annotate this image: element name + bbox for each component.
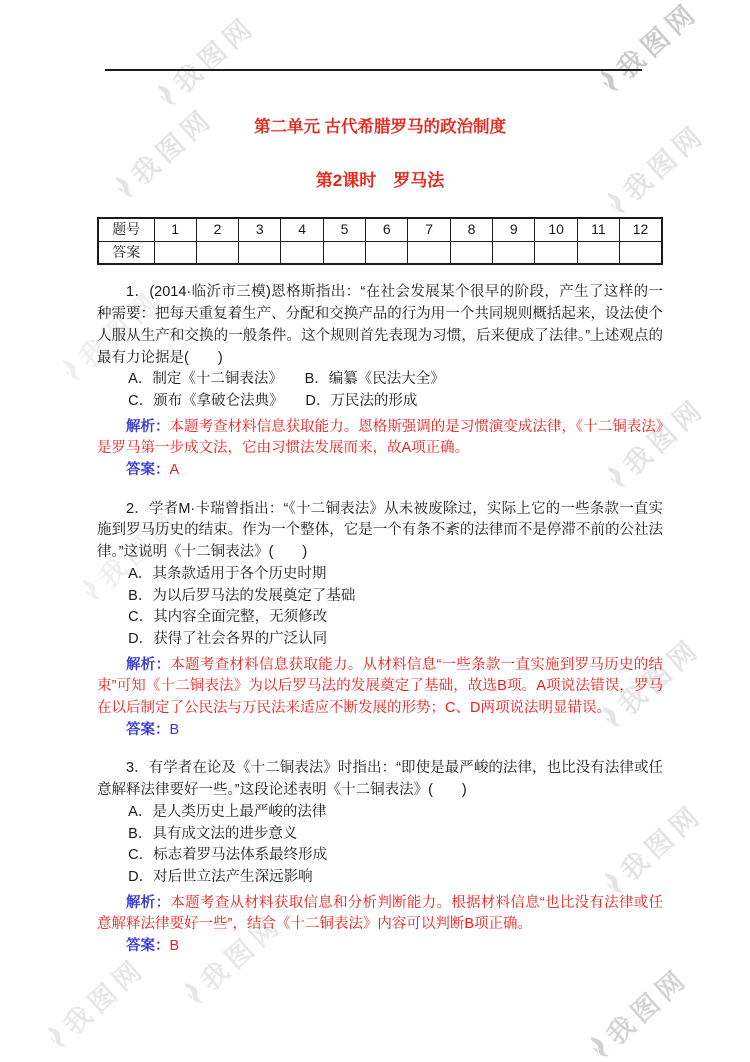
question-number-cell: 8: [450, 218, 492, 241]
row-label-answer: 答案: [98, 241, 154, 264]
answer-blank-cell: [154, 241, 196, 264]
question-stem: 2．学者M·卡瑞曾指出：“《十二铜表法》从未被废除过，实际上它的一些条款一直实施…: [97, 499, 663, 564]
watermark-text: 我图网: [596, 957, 696, 1052]
option-line: A．制定《十二铜表法》 B．编纂《民法大全》: [97, 369, 663, 391]
question-1: 1．(2014·临沂市三模)恩格斯指出：“在社会发展某个很早的阶段，产生了这样的…: [97, 282, 663, 481]
answer-blank-cell: [493, 241, 535, 264]
analysis-label: 解析：: [126, 895, 170, 911]
option-line: B．为以后罗马法的发展奠定了基础: [97, 586, 663, 608]
answer-label: 答案：: [126, 722, 170, 738]
answer-paragraph: 答案：B: [97, 720, 663, 742]
question-number-cell: 6: [366, 218, 408, 241]
answer-paragraph: 答案：B: [97, 936, 663, 958]
flame-icon: [583, 1031, 615, 1062]
option-line: C．标志着罗马法体系最终形成: [97, 845, 663, 867]
analysis-paragraph: 解析：本题考查材料信息获取能力。恩格斯强调的是习惯演变成法律，《十二铜表法》是罗…: [97, 417, 663, 460]
analysis-label: 解析：: [126, 419, 170, 435]
top-rule: [105, 69, 642, 71]
option-line: A．其条款适用于各个历史时期: [97, 564, 663, 586]
flame-icon: [177, 977, 209, 1010]
option-line: D．获得了社会各界的广泛认同: [97, 629, 663, 651]
lesson-title: 第2课时 罗马法: [97, 170, 663, 192]
analysis-text: 本题考查材料信息获取能力。恩格斯强调的是习惯演变成法律，《十二铜表法》是罗马第一…: [97, 419, 663, 457]
question-number-cell: 10: [535, 218, 577, 241]
question-stem: 3．有学者在论及《十二铜表法》时指出：“即使是最严峻的法律，也比没有法律或任意解…: [97, 758, 663, 801]
option-line: C．其内容全面完整，无须修改: [97, 607, 663, 629]
question-number-cell: 2: [196, 218, 238, 241]
analysis-paragraph: 解析：本题考查材料信息获取能力。从材料信息“一些条款一直实施到罗马历史的结束”可…: [97, 655, 663, 720]
watermark: 我图网: [580, 957, 696, 1062]
unit-title: 第二单元 古代希腊罗马的政治制度: [97, 116, 663, 138]
worksheet-page: 我图网 我图网 我图网 我图网 我图网 我图网 我图网 我图网: [0, 0, 750, 1062]
question-number-cell: 1: [154, 218, 196, 241]
document-content: 第二单元 古代希腊罗马的政治制度 第2课时 罗马法 题号 1 2 3 4 5 6…: [97, 0, 663, 958]
question-number-row: 题号 1 2 3 4 5 6 7 8 9 10 11 12: [98, 218, 662, 241]
analysis-paragraph: 解析：本题考查从材料获取信息和分析判断能力。根据材料信息“也比没有法律或任意解释…: [97, 893, 663, 936]
option-line: D．对后世立法产生深远影响: [97, 867, 663, 889]
option-line: C．颁布《拿破仑法典》 D．万民法的形成: [97, 391, 663, 413]
question-number-cell: 7: [408, 218, 450, 241]
answer-value: A: [170, 462, 180, 478]
row-label-question-number: 题号: [98, 218, 154, 241]
question-3: 3．有学者在论及《十二铜表法》时指出：“即使是最严峻的法律，也比没有法律或任意解…: [97, 758, 663, 957]
question-number-cell: 5: [323, 218, 365, 241]
answer-blank-cell: [577, 241, 619, 264]
flame-icon: [55, 354, 87, 387]
answer-blank-cell: [196, 241, 238, 264]
answer-blank-cell: [366, 241, 408, 264]
answer-label: 答案：: [126, 462, 170, 478]
answer-blank-cell: [323, 241, 365, 264]
option-line: B．具有成文法的进步意义: [97, 824, 663, 846]
question-number-cell: 12: [620, 218, 662, 241]
answer-value: B: [170, 938, 180, 954]
watermark: 我图网: [37, 947, 153, 1057]
analysis-text: 本题考查材料信息获取能力。从材料信息“一些条款一直实施到罗马历史的结束”可知《十…: [97, 657, 663, 716]
answer-table: 题号 1 2 3 4 5 6 7 8 9 10 11 12 答案: [97, 217, 663, 265]
question-number-cell: 3: [239, 218, 281, 241]
answer-blank-cell: [620, 241, 662, 264]
answer-value: B: [170, 722, 180, 738]
question-stem: 1．(2014·临沂市三模)恩格斯指出：“在社会发展某个很早的阶段，产生了这样的…: [97, 282, 663, 369]
answer-blank-cell: [535, 241, 577, 264]
answer-blank-cell: [408, 241, 450, 264]
analysis-label: 解析：: [126, 657, 170, 673]
answer-blank-cell: [239, 241, 281, 264]
answer-row: 答案: [98, 241, 662, 264]
flame-icon: [40, 1021, 72, 1054]
question-number-cell: 11: [577, 218, 619, 241]
question-number-cell: 9: [493, 218, 535, 241]
answer-label: 答案：: [126, 938, 170, 954]
watermark-text: 我图网: [53, 947, 153, 1042]
answer-paragraph: 答案：A: [97, 460, 663, 482]
analysis-text: 本题考查从材料获取信息和分析判断能力。根据材料信息“也比没有法律或任意解释法律要…: [97, 895, 663, 933]
answer-blank-cell: [450, 241, 492, 264]
answer-blank-cell: [281, 241, 323, 264]
option-line: A．是人类历史上最严峻的法律: [97, 802, 663, 824]
question-2: 2．学者M·卡瑞曾指出：“《十二铜表法》从未被废除过，实际上它的一些条款一直实施…: [97, 499, 663, 742]
question-number-cell: 4: [281, 218, 323, 241]
